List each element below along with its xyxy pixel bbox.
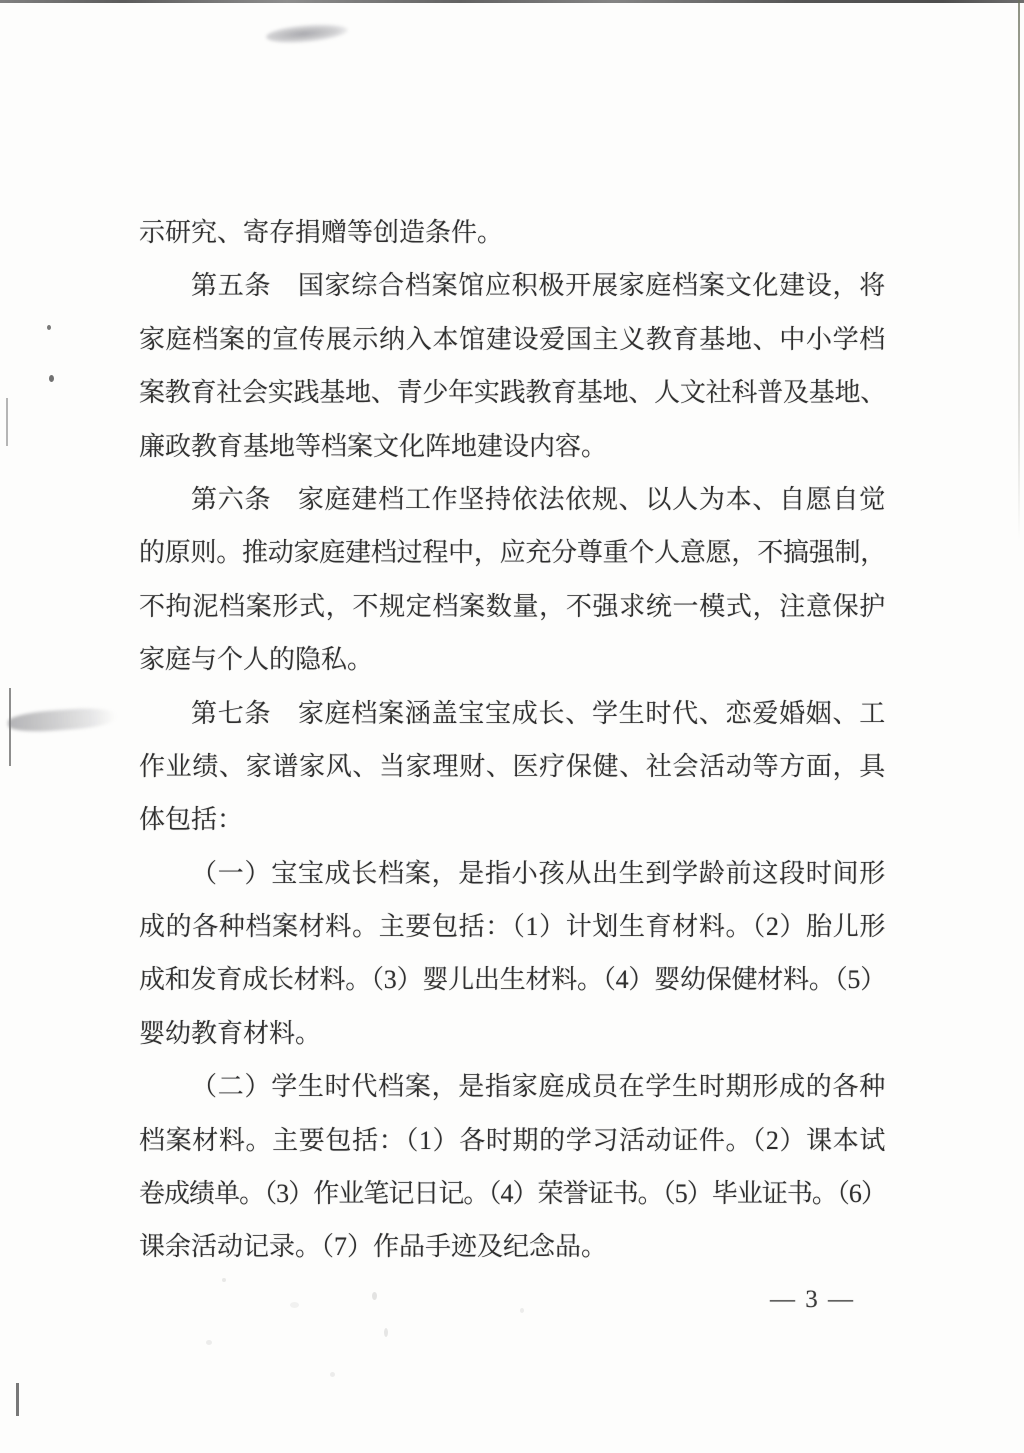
text-line: 第六条 家庭建档工作坚持依法依规、以人为本、自愿自觉 bbox=[139, 473, 886, 526]
scan-artifact-ghost-dot bbox=[520, 1308, 524, 1313]
text-line: 档案材料。主要包括：（1）各时期的学习活动证件。（2）课本试 bbox=[139, 1114, 886, 1167]
text-line: 成和发育成长材料。（3）婴儿出生材料。（4）婴幼保健材料。（5） bbox=[139, 953, 886, 1006]
text-line: 婴幼教育材料。 bbox=[139, 1007, 886, 1060]
scan-artifact-left-margin-line bbox=[16, 1383, 19, 1416]
text-line: 家庭与个人的隐私。 bbox=[139, 633, 886, 686]
scan-artifact-ghost-dot bbox=[372, 1292, 377, 1300]
scan-artifact-smear bbox=[7, 706, 116, 733]
text-line: 案教育社会实践基地、青少年实践教育基地、人文社科普及基地、 bbox=[139, 366, 886, 419]
scan-artifact-ghost-dot bbox=[290, 1302, 299, 1308]
text-line: 成的各种档案材料。主要包括：（1）计划生育材料。（2）胎儿形 bbox=[139, 900, 886, 953]
scan-artifact-left-margin-line bbox=[6, 398, 8, 446]
text-line: （一）宝宝成长档案，是指小孩从出生到学龄前这段时间形 bbox=[139, 847, 886, 900]
text-line: 卷成绩单。（3）作业笔记日记。（4）荣誉证书。（5）毕业证书。（6） bbox=[139, 1167, 886, 1220]
text-line: 不拘泥档案形式，不规定档案数量，不强求统一模式，注意保护 bbox=[139, 580, 886, 633]
text-line: 课余活动记录。（7）作品手迹及纪念品。 bbox=[139, 1220, 886, 1273]
scan-artifact-left-margin-line bbox=[9, 688, 11, 766]
text-line: （二）学生时代档案，是指家庭成员在学生时期形成的各种 bbox=[139, 1060, 886, 1113]
page-number: — 3 — bbox=[770, 1286, 910, 1314]
scan-artifact-smudge bbox=[265, 21, 348, 45]
text-line: 家庭档案的宣传展示纳入本馆建设爱国主义教育基地、中小学档 bbox=[139, 313, 886, 366]
document-body: 示研究、寄存捐赠等创造条件。第五条 国家综合档案馆应积极开展家庭档案文化建设，将… bbox=[139, 206, 886, 1274]
scan-artifact-ghost-dot bbox=[384, 1328, 388, 1337]
scanned-document-page: 示研究、寄存捐赠等创造条件。第五条 国家综合档案馆应积极开展家庭档案文化建设，将… bbox=[0, 0, 1024, 1453]
scan-artifact-paper-edge-line bbox=[1018, 0, 1020, 540]
text-line: 作业绩、家谱家风、当家理财、医疗保健、社会活动等方面，具 bbox=[139, 740, 886, 793]
scan-artifact-ghost-dot bbox=[222, 1278, 226, 1282]
scan-artifact-speck bbox=[49, 375, 54, 382]
scan-artifact-top-edge-line bbox=[0, 0, 1024, 3]
text-line: 体包括： bbox=[139, 793, 886, 846]
text-line: 第五条 国家综合档案馆应积极开展家庭档案文化建设，将 bbox=[139, 259, 886, 312]
text-line: 第七条 家庭档案涵盖宝宝成长、学生时代、恋爱婚姻、工 bbox=[139, 687, 886, 740]
scan-artifact-ghost-dot bbox=[206, 1340, 212, 1345]
scan-artifact-ghost-dot bbox=[330, 1372, 335, 1377]
text-line: 廉政教育基地等档案文化阵地建设内容。 bbox=[139, 420, 886, 473]
scan-artifact-speck bbox=[47, 325, 51, 330]
text-line: 示研究、寄存捐赠等创造条件。 bbox=[139, 206, 886, 259]
text-line: 的原则。推动家庭建档过程中，应充分尊重个人意愿，不搞强制， bbox=[139, 526, 886, 579]
